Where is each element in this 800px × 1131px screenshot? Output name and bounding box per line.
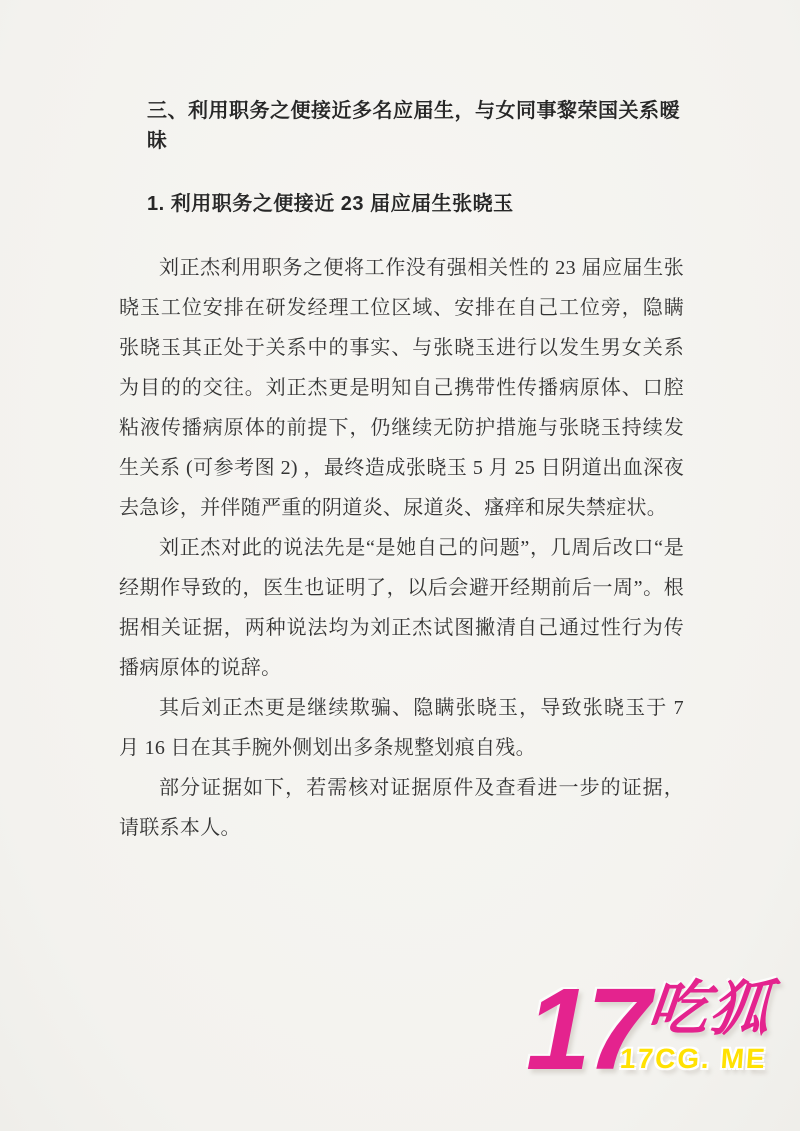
- paragraph-3: 其后刘正杰更是继续欺骗、隐瞒张晓玉，导致张晓玉于 7 月 16 日在其手腕外侧划…: [119, 688, 684, 768]
- paragraph-1: 刘正杰利用职务之便将工作没有强相关性的 23 届应届生张晓玉工位安排在研发经理工…: [119, 248, 684, 528]
- section-heading: 三、利用职务之便接近多名应届生，与女同事黎荣国关系暧昧: [147, 96, 684, 156]
- document-page: 三、利用职务之便接近多名应届生，与女同事黎荣国关系暧昧 1. 利用职务之便接近 …: [0, 0, 800, 1131]
- subsection-heading: 1. 利用职务之便接近 23 届应届生张晓玉: [147, 189, 684, 219]
- document-content: 三、利用职务之便接近多名应届生，与女同事黎荣国关系暧昧 1. 利用职务之便接近 …: [0, 0, 800, 848]
- brand-name-chinese: 吃狐: [645, 979, 775, 1039]
- paragraph-4: 部分证据如下，若需核对证据原件及查看进一步的证据，请联系本人。: [119, 768, 684, 848]
- brand-url-text: 17CG. ME: [619, 1045, 768, 1073]
- watermark-logo: 17 吃狐 17CG. ME: [526, 981, 794, 1107]
- paragraph-2: 刘正杰对此的说法先是“是她自己的问题”，几周后改口“是经期作导致的，医生也证明了…: [119, 528, 684, 688]
- brand-number-17: 17: [526, 971, 647, 1087]
